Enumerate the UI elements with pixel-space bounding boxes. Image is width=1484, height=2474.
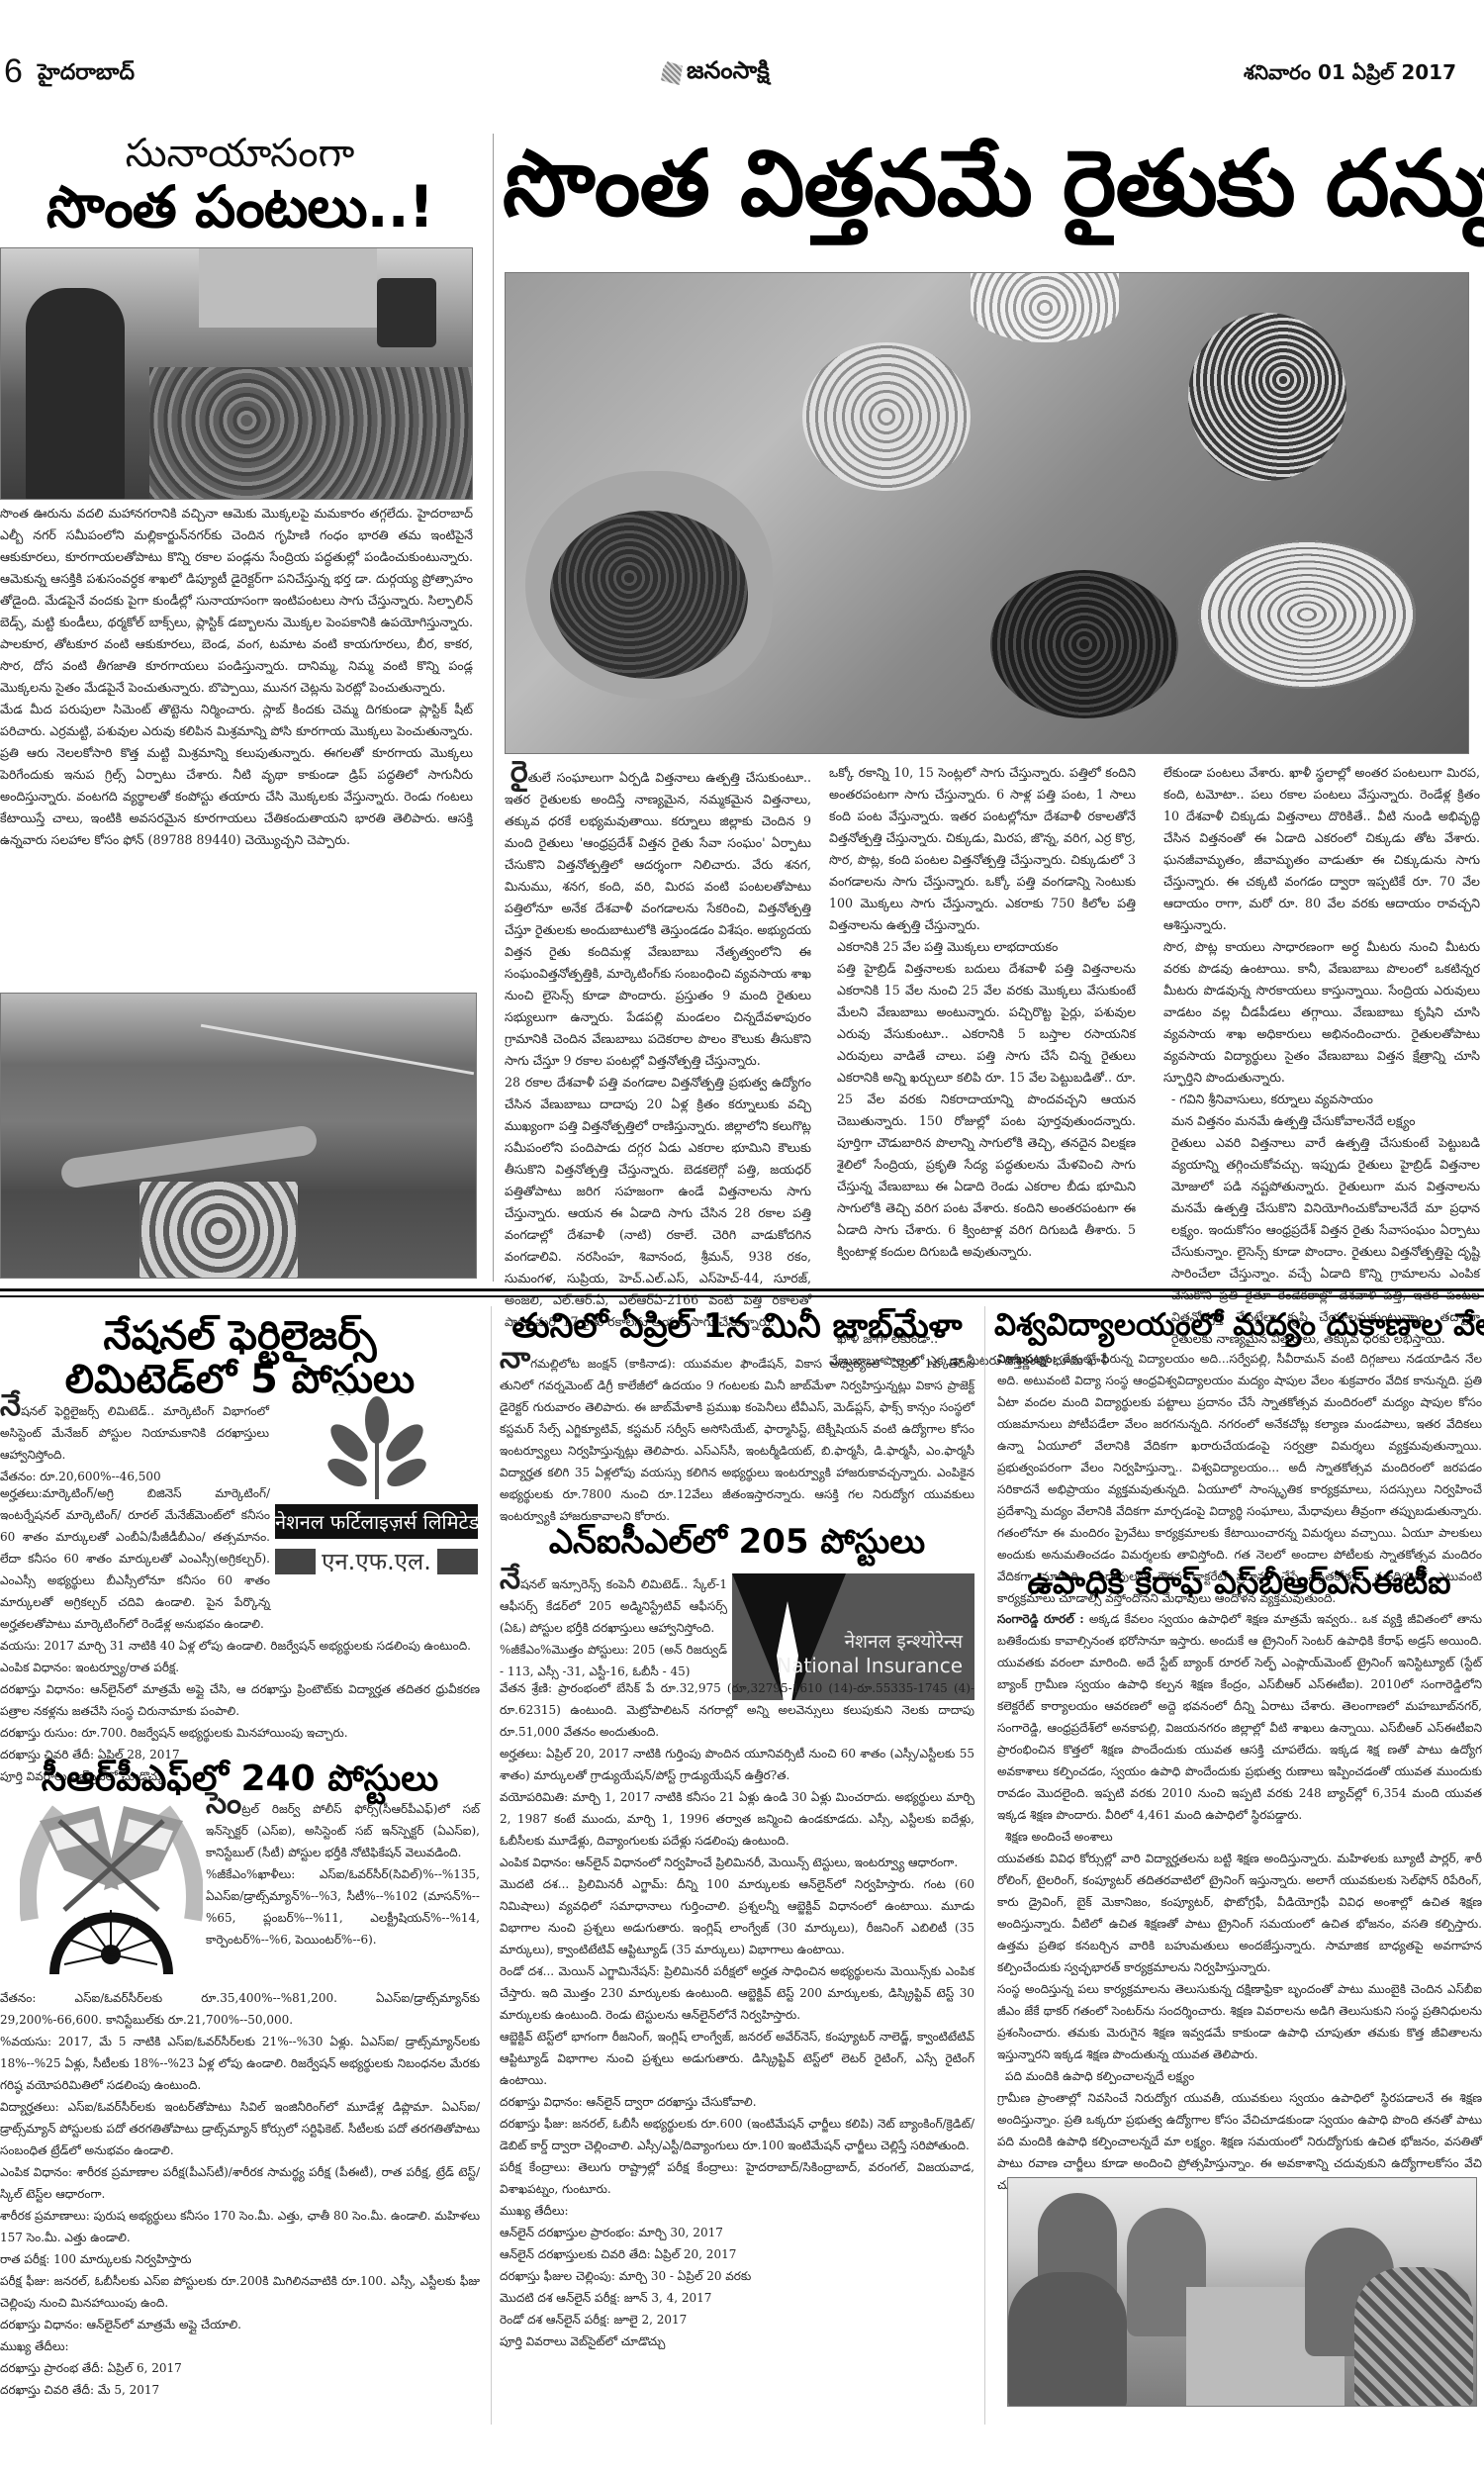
- section-name: హైదరాబాద్: [38, 60, 135, 90]
- seeds-in-hands-photo: [505, 272, 1469, 754]
- application-line: దరఖాస్తు విధానం: ఆన్‌లైన్ ద్వారా దరఖాస్త…: [500, 2091, 974, 2113]
- dates-heading: ముఖ్య తేదీలు:: [500, 2200, 974, 2222]
- photo-path: [59, 1124, 319, 1189]
- crpf-body-bottom: వేతనం: ఎస్ఐ/ఓవర్‌సీర్‌లకు రూ.35,400%--%8…: [0, 1987, 480, 2401]
- nicl-logo-text: नेशनल इन्श्योरेन्स National Insurance: [777, 1631, 963, 1677]
- rooftop-garden-photo: [0, 247, 473, 500]
- nicl-headline: ఎన్ఐసీఎల్‌లో 205 పోస్టులు: [500, 1524, 974, 1561]
- garden-photo: [0, 993, 477, 1279]
- crpf-emblem: [20, 1801, 203, 1979]
- date-line: రెండో దశ ఆన్‌లైన్ పరీక్ష: జూలై 2, 2017: [500, 2309, 974, 2331]
- paragraph: లేకుండా పంటలు వేశారు. ఖాళీ స్థలాల్లో అంత…: [1163, 762, 1480, 936]
- sbirseti-body: సంగారెడ్డి రూరల్ : అక్కడ కేవలం స్వయం ఉపా…: [997, 1608, 1482, 2196]
- nicl-body-bottom: వేతన శ్రేణి: ప్రారంభంలో బేసిక్ పే రూ.32,…: [500, 1677, 974, 2352]
- left-headline: సొంత పంటలు..!: [0, 178, 480, 236]
- crossed-flags-emblem-icon: [20, 1801, 203, 1979]
- salary-line: వేతనం: ఎస్ఐ/ఓవర్‌సీర్‌లకు రూ.35,400%--%8…: [0, 1987, 480, 2031]
- selection-line: ఎంపిక విధానం: ఇంటర్వ్యూ/రాత పరీక్ష.: [0, 1657, 480, 1678]
- paragraph: సంస్థ అందిస్తున్న పలు కార్యక్రమాలను తెలు…: [997, 1978, 1482, 2065]
- paragraph: సెంట్రల్ రిజర్వ్ పోలీస్ ఫోర్స్(సీఆర్‌పీఎ…: [206, 1793, 480, 1863]
- photo-figure: [26, 288, 125, 500]
- qualification-line: విద్యార్హతలు: ఎస్ఐ/ఓవర్‌సీర్‌లకు ఇంటర్‌త…: [0, 2096, 480, 2161]
- photo-rail: [201, 1024, 474, 1076]
- column-divider: [491, 1306, 492, 2425]
- page-header: 6 హైదరాబాద్ జనంసాక్షి శనివారం 01 ఏప్రిల్…: [0, 54, 1484, 99]
- logo-text: జనంసాక్షి: [687, 56, 770, 90]
- nfl-headline: నేషనల్ ఫెర్టిలైజర్స్ లిమిటెడ్‌లో 5 పోస్ట…: [0, 1314, 480, 1401]
- paragraph: నాగమల్లిలోట జంక్షన్ (కాకినాడ): యువమల ఫౌం…: [500, 1348, 974, 1527]
- application-line: దరఖాస్తు విధానం: ఆన్‌లైన్‌లో మాత్రమే అప్…: [0, 1678, 480, 1722]
- photo-building: [199, 248, 377, 328]
- centres-line: పరీక్ష కేంద్రాలు: తెలుగు రాష్ట్రాల్లో పర…: [500, 2156, 974, 2200]
- end-date-line: దరఖాస్తు చివరి తేదీ: మే 5, 2017: [0, 2379, 480, 2401]
- paragraph: రైతులే సంఘాలుగా ఏర్పడి విత్తనాలు ఉత్పత్త…: [505, 762, 811, 1072]
- paragraph: యువతకు వివిధ కోర్సుల్లో వారి విద్యార్హతల…: [997, 1848, 1482, 1978]
- drop-cap: రై: [510, 755, 528, 790]
- photo-person: [1354, 2267, 1473, 2407]
- application-line: దరఖాస్తు విధానం: ఆన్‌లైన్‌లో మాత్రమే అప్…: [0, 2314, 480, 2335]
- prelims-line: మొదటి దశ... ప్రిలిమినరీ ఎగ్జామ్: దీన్ని …: [500, 1873, 974, 1960]
- date-line: ఆన్‌లైన్ దరఖాస్తులకు చివరి తేది: ఏప్రిల్…: [500, 2243, 974, 2265]
- photo-tank: [377, 278, 436, 347]
- column-divider: [493, 134, 494, 1282]
- qualification-line: అర్హతలు: ఏప్రిల్ 20, 2017 నాటికి గుర్తిం…: [500, 1743, 974, 1786]
- paragraph: మేడ మీద పరుపులా సిమెంట్ తొట్టెను నిర్మిం…: [0, 699, 473, 851]
- photo-seeds-beans: [1198, 540, 1416, 689]
- seed-col-3: లేకుండా పంటలు వేశారు. ఖాళీ స్థలాల్లో అంత…: [1163, 762, 1480, 1350]
- left-article-body: సొంత ఊరును వదలి మహానగరానికి వచ్చినా ఆమెక…: [0, 503, 473, 851]
- nfl-body-top: నేషనల్ ఫెర్టిలైజర్స్ లిమిటెడ్.. మార్కెటి…: [0, 1395, 269, 1487]
- selection-line: ఎంపిక విధానం: ఆన్‌లైన్ విధానంలో నిర్వహిం…: [500, 1852, 974, 1873]
- photo-seeds-dark: [550, 511, 748, 679]
- sbirseti-headline: ఉపాధికి కేరాఫ్ ఎస్‌బీఆర్ఎస్ఈటీఐ: [994, 1566, 1484, 1600]
- nfl-body-bottom: అర్హతలు:మార్కెటింగ్/అగ్రి బిజినెస్ మార్క…: [0, 1482, 480, 1787]
- objective-line: ఆబ్జెక్టివ్ టెస్ట్‌లో భాగంగా రీజనింగ్, ఇ…: [500, 2026, 974, 2091]
- date-line: ఆన్‌లైన్ దరఖాస్తుల ప్రారంభం: మార్చి 30, …: [500, 2222, 974, 2243]
- column-divider: [984, 1306, 985, 2425]
- vacancies: %జీకేఎం%ఖాళీలు: ఎస్ఐ/ఓవర్‌సీర్(సివిల్)%-…: [206, 1863, 480, 1951]
- tuni-headline: తునిలో ఏప్రిల్ 1న మినీ జాబ్‌మేళా: [500, 1308, 974, 1345]
- website-line: పూర్తి వివరాలు వెబ్‌సైట్‌లో చూడొచ్చు: [500, 2331, 974, 2352]
- photo-seeds-black: [990, 570, 1178, 718]
- qualifications: అర్హతలు:మార్కెటింగ్/అగ్రి బిజినెస్ మార్క…: [0, 1482, 480, 1635]
- page-number: 6: [4, 52, 23, 91]
- subheading: శిక్షణ అందించే అంశాలు: [997, 1826, 1482, 1848]
- main-headline: సొంత విత్తనమే రైతుకు దన్ను!: [503, 139, 1482, 230]
- fee-line: దరఖాస్తు ఫీజు: జనరల్, ఓబీసీ అభ్యర్థులకు …: [500, 2113, 974, 2156]
- masthead-logo: జనంసాక్షి: [661, 56, 770, 90]
- subheading: ఎకరానికి 25 వేల పత్తి మొక్కలు లాభదాయకం: [829, 936, 1136, 958]
- university-headline: విశ్వవిద్యాలయంలో మద్యం దుకాణాల వేలమా?: [994, 1308, 1484, 1342]
- physical-line: శారీరక ప్రమాణాలు: పురుష అభ్యర్థులు కనీసం…: [0, 2205, 480, 2248]
- issue-date: శనివారం 01 ఏప్రిల్ 2017: [1244, 60, 1456, 89]
- exam-line: రాత పరీక్ష: 100 మార్కులకు నిర్వహిస్తారు: [0, 2248, 480, 2270]
- paragraph: సొర, పొట్ల కాయలు సాధారణంగా అర్ధ మీటరు ను…: [1163, 936, 1480, 1089]
- selection-line: ఎంపిక విధానం: శారీరక ప్రమాణాల పరీక్ష(పీఎ…: [0, 2161, 480, 2205]
- paragraph: పత్తి హైబ్రిడ్ విత్తనాలకు బదులు దేశవాళీ …: [829, 958, 1136, 1263]
- date-line: దరఖాస్తు ఫీజుల చెల్లింపు: మార్చి 30 - ఏప…: [500, 2265, 974, 2287]
- age-line: %వయసు: 2017, మే 5 నాటికి ఎస్ఐ/ఓవర్‌సీర్‌…: [0, 2031, 480, 2096]
- crpf-body-top: సెంట్రల్ రిజర్వ్ పోలీస్ ఫోర్స్(సీఆర్‌పీఎ…: [206, 1793, 480, 1951]
- photo-cabbages: [139, 1182, 298, 1279]
- mains-line: రెండో దశ... మెయిన్ ఎగ్జామినేషన్: ప్రిలిమ…: [500, 1960, 974, 2026]
- date-line: మొదటి దశ ఆన్‌లైన్ పరీక్ష: జూన్ 3, 4, 201…: [500, 2287, 974, 2309]
- age-line: వయోపరిమితి: మార్చి 1, 2017 నాటికి కనీసం …: [500, 1786, 974, 1852]
- photo-seeds-white: [971, 273, 1119, 342]
- photo-person: [1008, 2272, 1127, 2407]
- paragraph: నేషనల్ ఇన్సూరెన్స్ కంపెనీ లిమిటెడ్.. స్క…: [500, 1569, 727, 1639]
- logo-icon: [661, 61, 683, 85]
- paragraph: నేషనల్ ఫెర్టిలైజర్స్ లిమిటెడ్.. మార్కెటి…: [0, 1395, 269, 1466]
- subheading: పది మందికి ఉపాధి కల్పించాలన్నదే లక్ష్యం: [997, 2065, 1482, 2087]
- dates-heading: ముఖ్య తేదీలు:: [0, 2335, 480, 2357]
- total-posts: %జీకేఎం%మొత్తం పోస్టులు: 205 (అన్ రిజర్వ…: [500, 1639, 727, 1682]
- seed-col-1: రైతులే సంఘాలుగా ఏర్పడి విత్తనాలు ఉత్పత్త…: [505, 762, 811, 1333]
- trainees-photo: [1007, 2177, 1477, 2407]
- quote-attribution: - గవిని శ్రీనివాసులు, కర్నూలు వ్యవసాయం: [1163, 1089, 1480, 1110]
- tuni-body: నాగమల్లిలోట జంక్షన్ (కాకినాడ): యువమల ఫౌం…: [500, 1348, 974, 1527]
- fee-line: పరీక్ష ఫీజు: జనరల్, ఓబీసీలకు ఎస్ఐ పోస్టు…: [0, 2270, 480, 2314]
- photo-plants: [149, 367, 473, 500]
- paragraph: ఒక్కో రకాన్ని 10, 15 సెంట్లలో సాగు చేస్త…: [829, 762, 1136, 936]
- paragraph: సొంత ఊరును వదలి మహానగరానికి వచ్చినా ఆమెక…: [0, 503, 473, 699]
- salary: వేతన శ్రేణి: ప్రారంభంలో బేసిక్ పే రూ.32,…: [500, 1677, 974, 1743]
- age-line: వయసు: 2017 మార్చి 31 నాటికి 40 ఏళ్ల లోపు…: [0, 1635, 480, 1657]
- photo-seeds-light: [802, 342, 971, 491]
- seed-col-2: ఒక్కో రకాన్ని 10, 15 సెంట్లలో సాగు చేస్త…: [829, 762, 1136, 1372]
- start-date-line: దరఖాస్తు ప్రారంభ తేదీ: ఏప్రిల్ 6, 2017: [0, 2357, 480, 2379]
- paragraph: సంగారెడ్డి రూరల్ : అక్కడ కేవలం స్వయం ఉపా…: [997, 1608, 1482, 1826]
- nicl-body-top: నేషనల్ ఇన్సూరెన్స్ కంపెనీ లిమిటెడ్.. స్క…: [500, 1569, 727, 1682]
- subheading: మన విత్తనం మనమే ఉత్పత్తి చేసుకోవాలనేదే ల…: [1163, 1110, 1480, 1132]
- fee-line: దరఖాస్తు రుసుం: రూ.700. రిజర్వేషన్ అభ్యర…: [0, 1722, 480, 1744]
- photo-seeds-spotted: [1188, 313, 1346, 481]
- section-separator: [0, 1288, 1484, 1297]
